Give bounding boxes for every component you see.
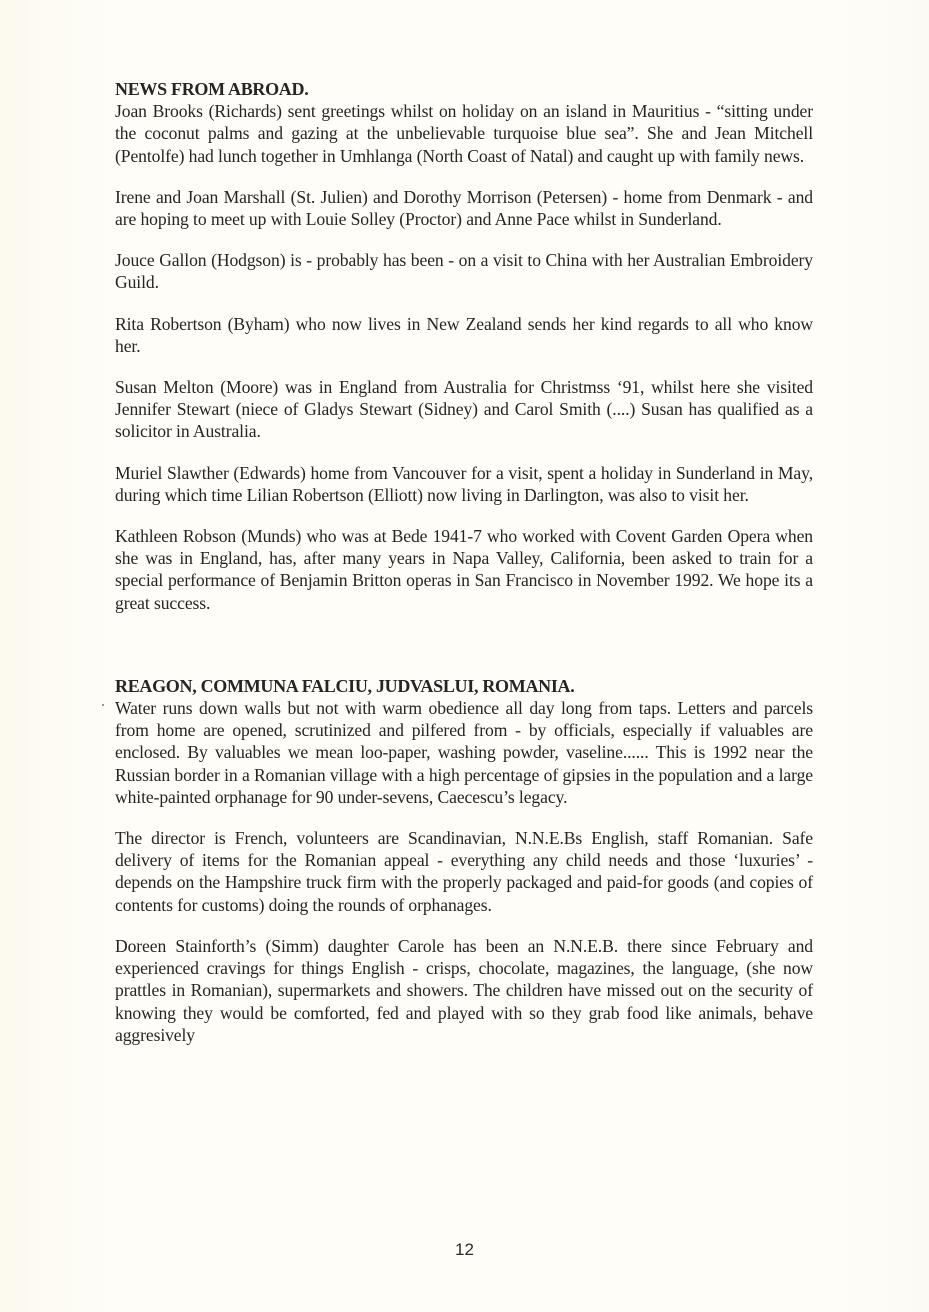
section-heading: NEWS FROM ABROAD. [115, 78, 813, 100]
paragraph: Kathleen Robson (Munds) who was at Bede … [115, 525, 813, 614]
section-heading: REAGON, COMMUNA FALCIU, JUDVASLUI, ROMAN… [115, 675, 813, 697]
paragraph: Water runs down walls but not with warm … [115, 697, 813, 808]
page-number: 12 [0, 1240, 929, 1260]
paragraph: Rita Robertson (Byham) who now lives in … [115, 313, 813, 357]
section-news-from-abroad: NEWS FROM ABROAD. Joan Brooks (Richards)… [115, 78, 813, 614]
paragraph: Susan Melton (Moore) was in England from… [115, 376, 813, 443]
text-column: NEWS FROM ABROAD. Joan Brooks (Richards)… [115, 78, 813, 1065]
paragraph: Joan Brooks (Richards) sent greetings wh… [115, 100, 813, 167]
section-spacer [115, 633, 813, 675]
section-romania: REAGON, COMMUNA FALCIU, JUDVASLUI, ROMAN… [115, 675, 813, 1046]
print-speck [102, 704, 104, 706]
paragraph: The director is French, volunteers are S… [115, 827, 813, 916]
paragraph: Doreen Stainforth’s (Simm) daughter Caro… [115, 935, 813, 1046]
paragraph: Irene and Joan Marshall (St. Julien) and… [115, 186, 813, 230]
paragraph: Muriel Slawther (Edwards) home from Vanc… [115, 462, 813, 506]
paragraph: Jouce Gallon (Hodgson) is - probably has… [115, 249, 813, 293]
